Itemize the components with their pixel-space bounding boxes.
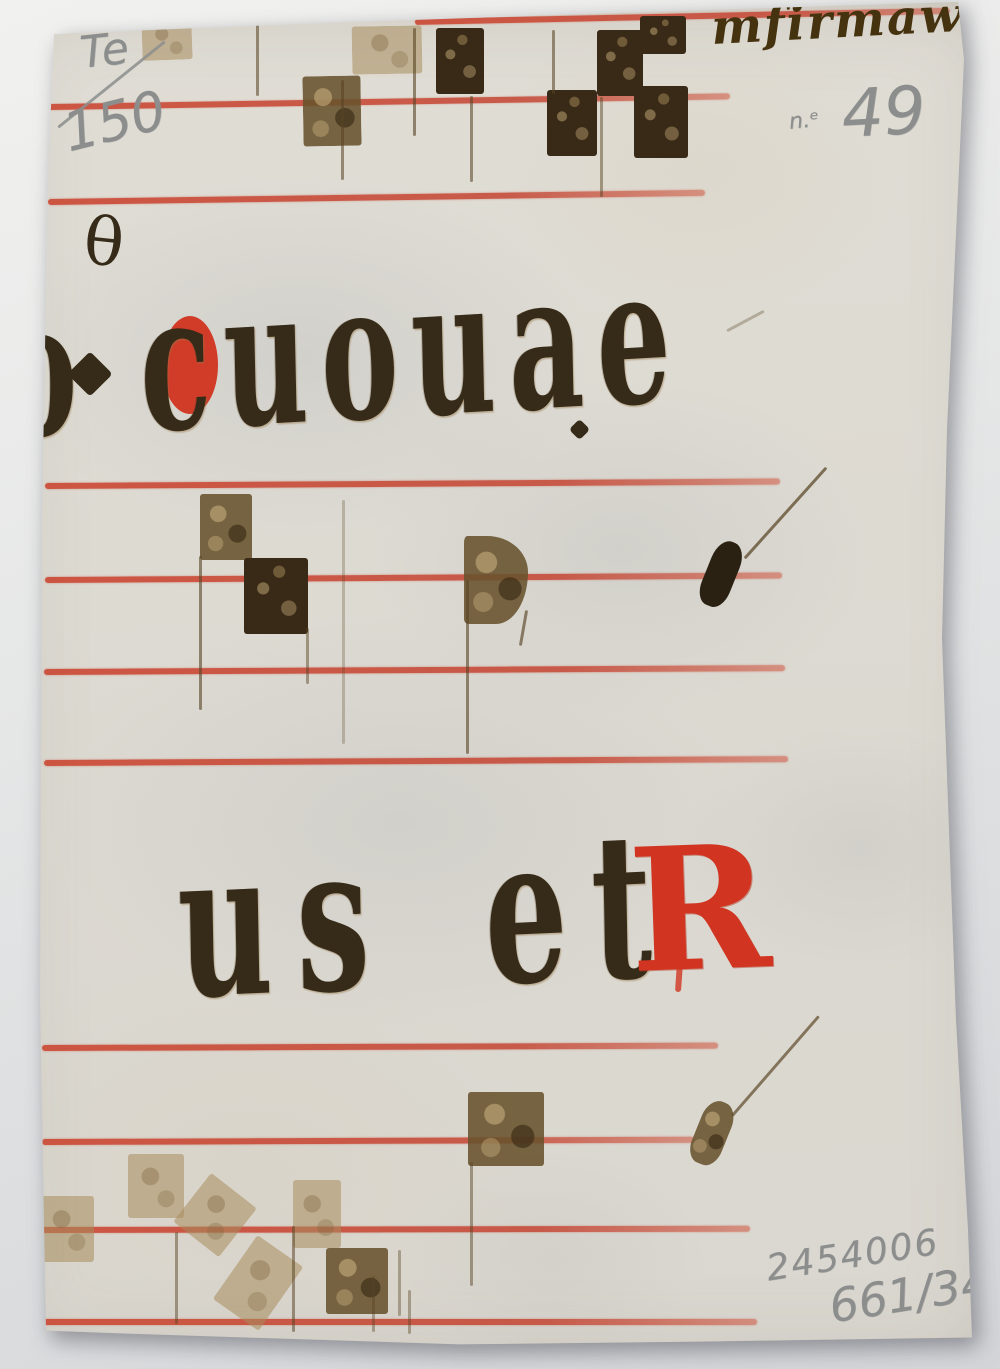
neume-tail — [413, 28, 416, 136]
neume-tail — [342, 500, 345, 744]
photo-shadow-wrap: o cuouae θ us et R mfirmaw Te 150 n.ᵉ 49… — [0, 0, 1000, 1369]
neume-tail — [470, 96, 473, 182]
ink-inscription: mfirmaw — [710, 0, 964, 52]
neume-square — [293, 1180, 341, 1248]
neume-square — [352, 25, 423, 74]
neume-tail — [600, 97, 603, 197]
staff-line — [42, 1319, 757, 1325]
neume-square — [244, 558, 308, 634]
neume-tail — [175, 1232, 178, 1324]
neume-tail — [408, 1290, 411, 1334]
neume-square — [640, 16, 686, 54]
neume-tail — [372, 1276, 375, 1332]
neume-tail — [398, 1250, 401, 1316]
neume-square — [200, 494, 252, 560]
manuscript-leaf: o cuouae θ us et R mfirmaw Te 150 n.ᵉ 49… — [0, 0, 1000, 1369]
neume-tail — [199, 556, 202, 710]
neume-square — [634, 86, 688, 158]
neume-square — [547, 90, 597, 156]
pencil-te: Te — [78, 27, 131, 76]
neume-tail — [306, 628, 309, 684]
pen-trial-mark: θ — [81, 208, 127, 278]
chant-line2: us et — [176, 804, 677, 1027]
neume-tail — [256, 24, 259, 96]
neume-tail — [341, 80, 344, 180]
photo-background: o cuouae θ us et R mfirmaw Te 150 n.ᵉ 49… — [0, 0, 1000, 1369]
neume-tail — [470, 1162, 473, 1286]
neume-square — [326, 1248, 388, 1314]
chant-line1: cuouae — [138, 241, 685, 460]
rubric-initial-R: R — [626, 822, 773, 997]
chant-partial-letter: o — [0, 276, 77, 464]
neume-tail — [466, 580, 469, 754]
neume-square — [302, 75, 361, 146]
neume-square — [468, 1092, 544, 1166]
neume-square — [436, 28, 484, 94]
pencil-no-label: n.ᵉ — [788, 109, 820, 134]
staff-line — [42, 1226, 750, 1233]
neume-tail — [552, 30, 555, 94]
pencil-number-49: 49 — [840, 78, 927, 148]
neume-square — [128, 1154, 184, 1218]
neume-tail — [292, 1226, 295, 1332]
neume-square — [40, 1196, 94, 1262]
